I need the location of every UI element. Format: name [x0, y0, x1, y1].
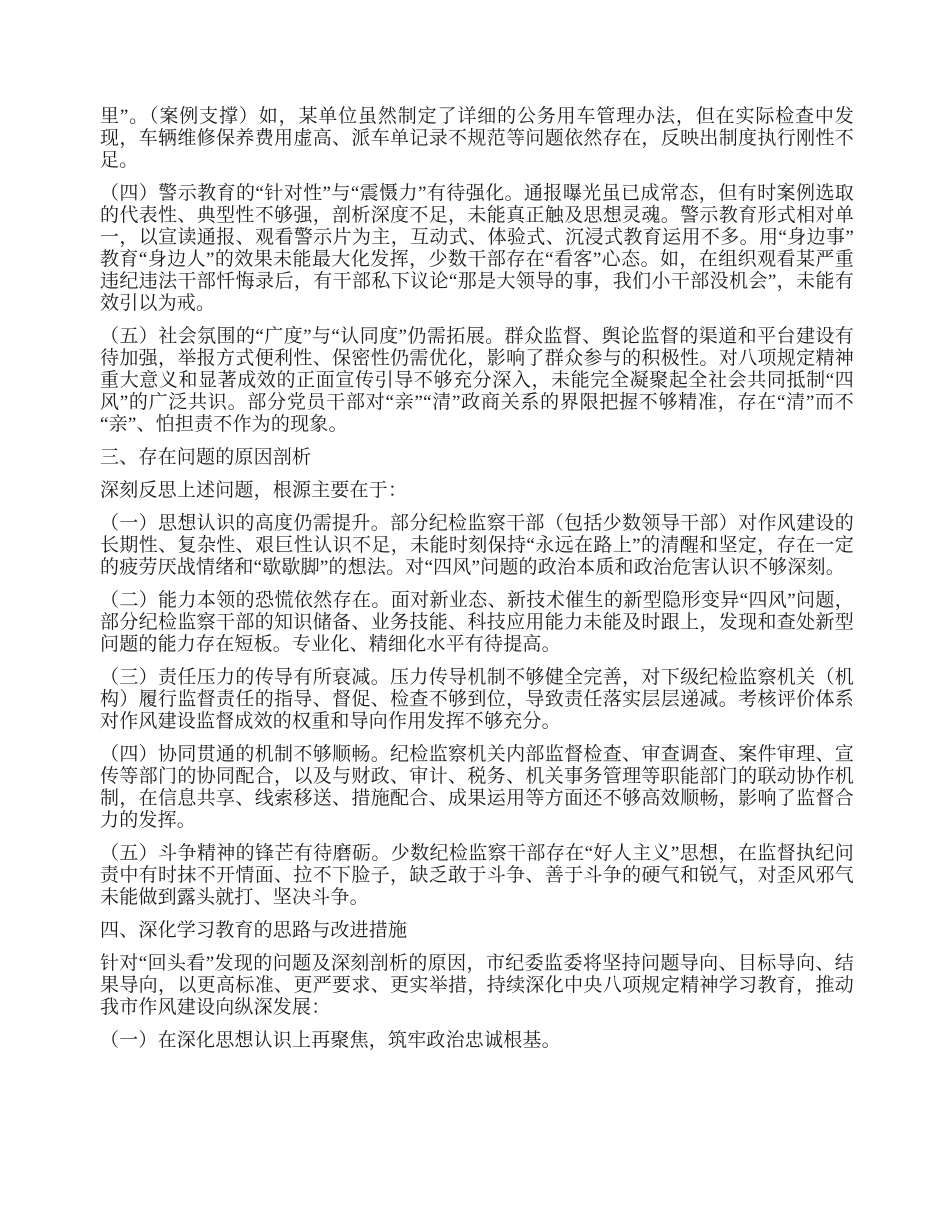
paragraph-problem-4: （四）警示教育的“针对性”与“震慑力”有待强化。通报曝光虽已成常态，但有时案例选… — [100, 183, 854, 315]
paragraph-intro-causes: 深刻反思上述问题，根源主要在于： — [100, 480, 854, 502]
paragraph-cause-5: （五）斗争精神的锋芒有待磨砺。少数纪检监察干部存在“好人主义”思想，在监督执纪问… — [100, 843, 854, 909]
paragraph-problem-5: （五）社会氛围的“广度”与“认同度”仍需拓展。群众监督、舆论监督的渠道和平台建设… — [100, 326, 854, 436]
paragraph-cause-1: （一）思想认识的高度仍需提升。部分纪检监察干部（包括少数领导干部）对作风建设的长… — [100, 513, 854, 579]
paragraph-cause-3: （三）责任压力的传导有所衰减。压力传导机制不够健全完善，对下级纪检监察机关（机构… — [100, 667, 854, 733]
paragraph-cause-2: （二）能力本领的恐慌依然存在。面对新业态、新技术催生的新型隐形变异“四风”问题，… — [100, 590, 854, 656]
paragraph-cause-4: （四）协同贯通的机制不够顺畅。纪检监察机关内部监督检查、审查调查、案件审理、宣传… — [100, 744, 854, 832]
document-body: 里”。（案例支撑）如，某单位虽然制定了详细的公务用车管理办法，但在实际检查中发现… — [100, 106, 854, 1063]
document-page: 里”。（案例支撑）如，某单位虽然制定了详细的公务用车管理办法，但在实际检查中发现… — [0, 0, 950, 1230]
paragraph-measure-1: （一）在深化思想认识上再聚焦，筑牢政治忠诚根基。 — [100, 1030, 854, 1052]
paragraph-continuation: 里”。（案例支撑）如，某单位虽然制定了详细的公务用车管理办法，但在实际检查中发现… — [100, 106, 854, 172]
section-heading-4: 四、深化学习教育的思路与改进措施 — [100, 920, 854, 942]
section-heading-3: 三、存在问题的原因剖析 — [100, 447, 854, 469]
paragraph-measures-intro: 针对“回头看”发现的问题及深刻剖析的原因，市纪委监委将坚持问题导向、目标导向、结… — [100, 953, 854, 1019]
